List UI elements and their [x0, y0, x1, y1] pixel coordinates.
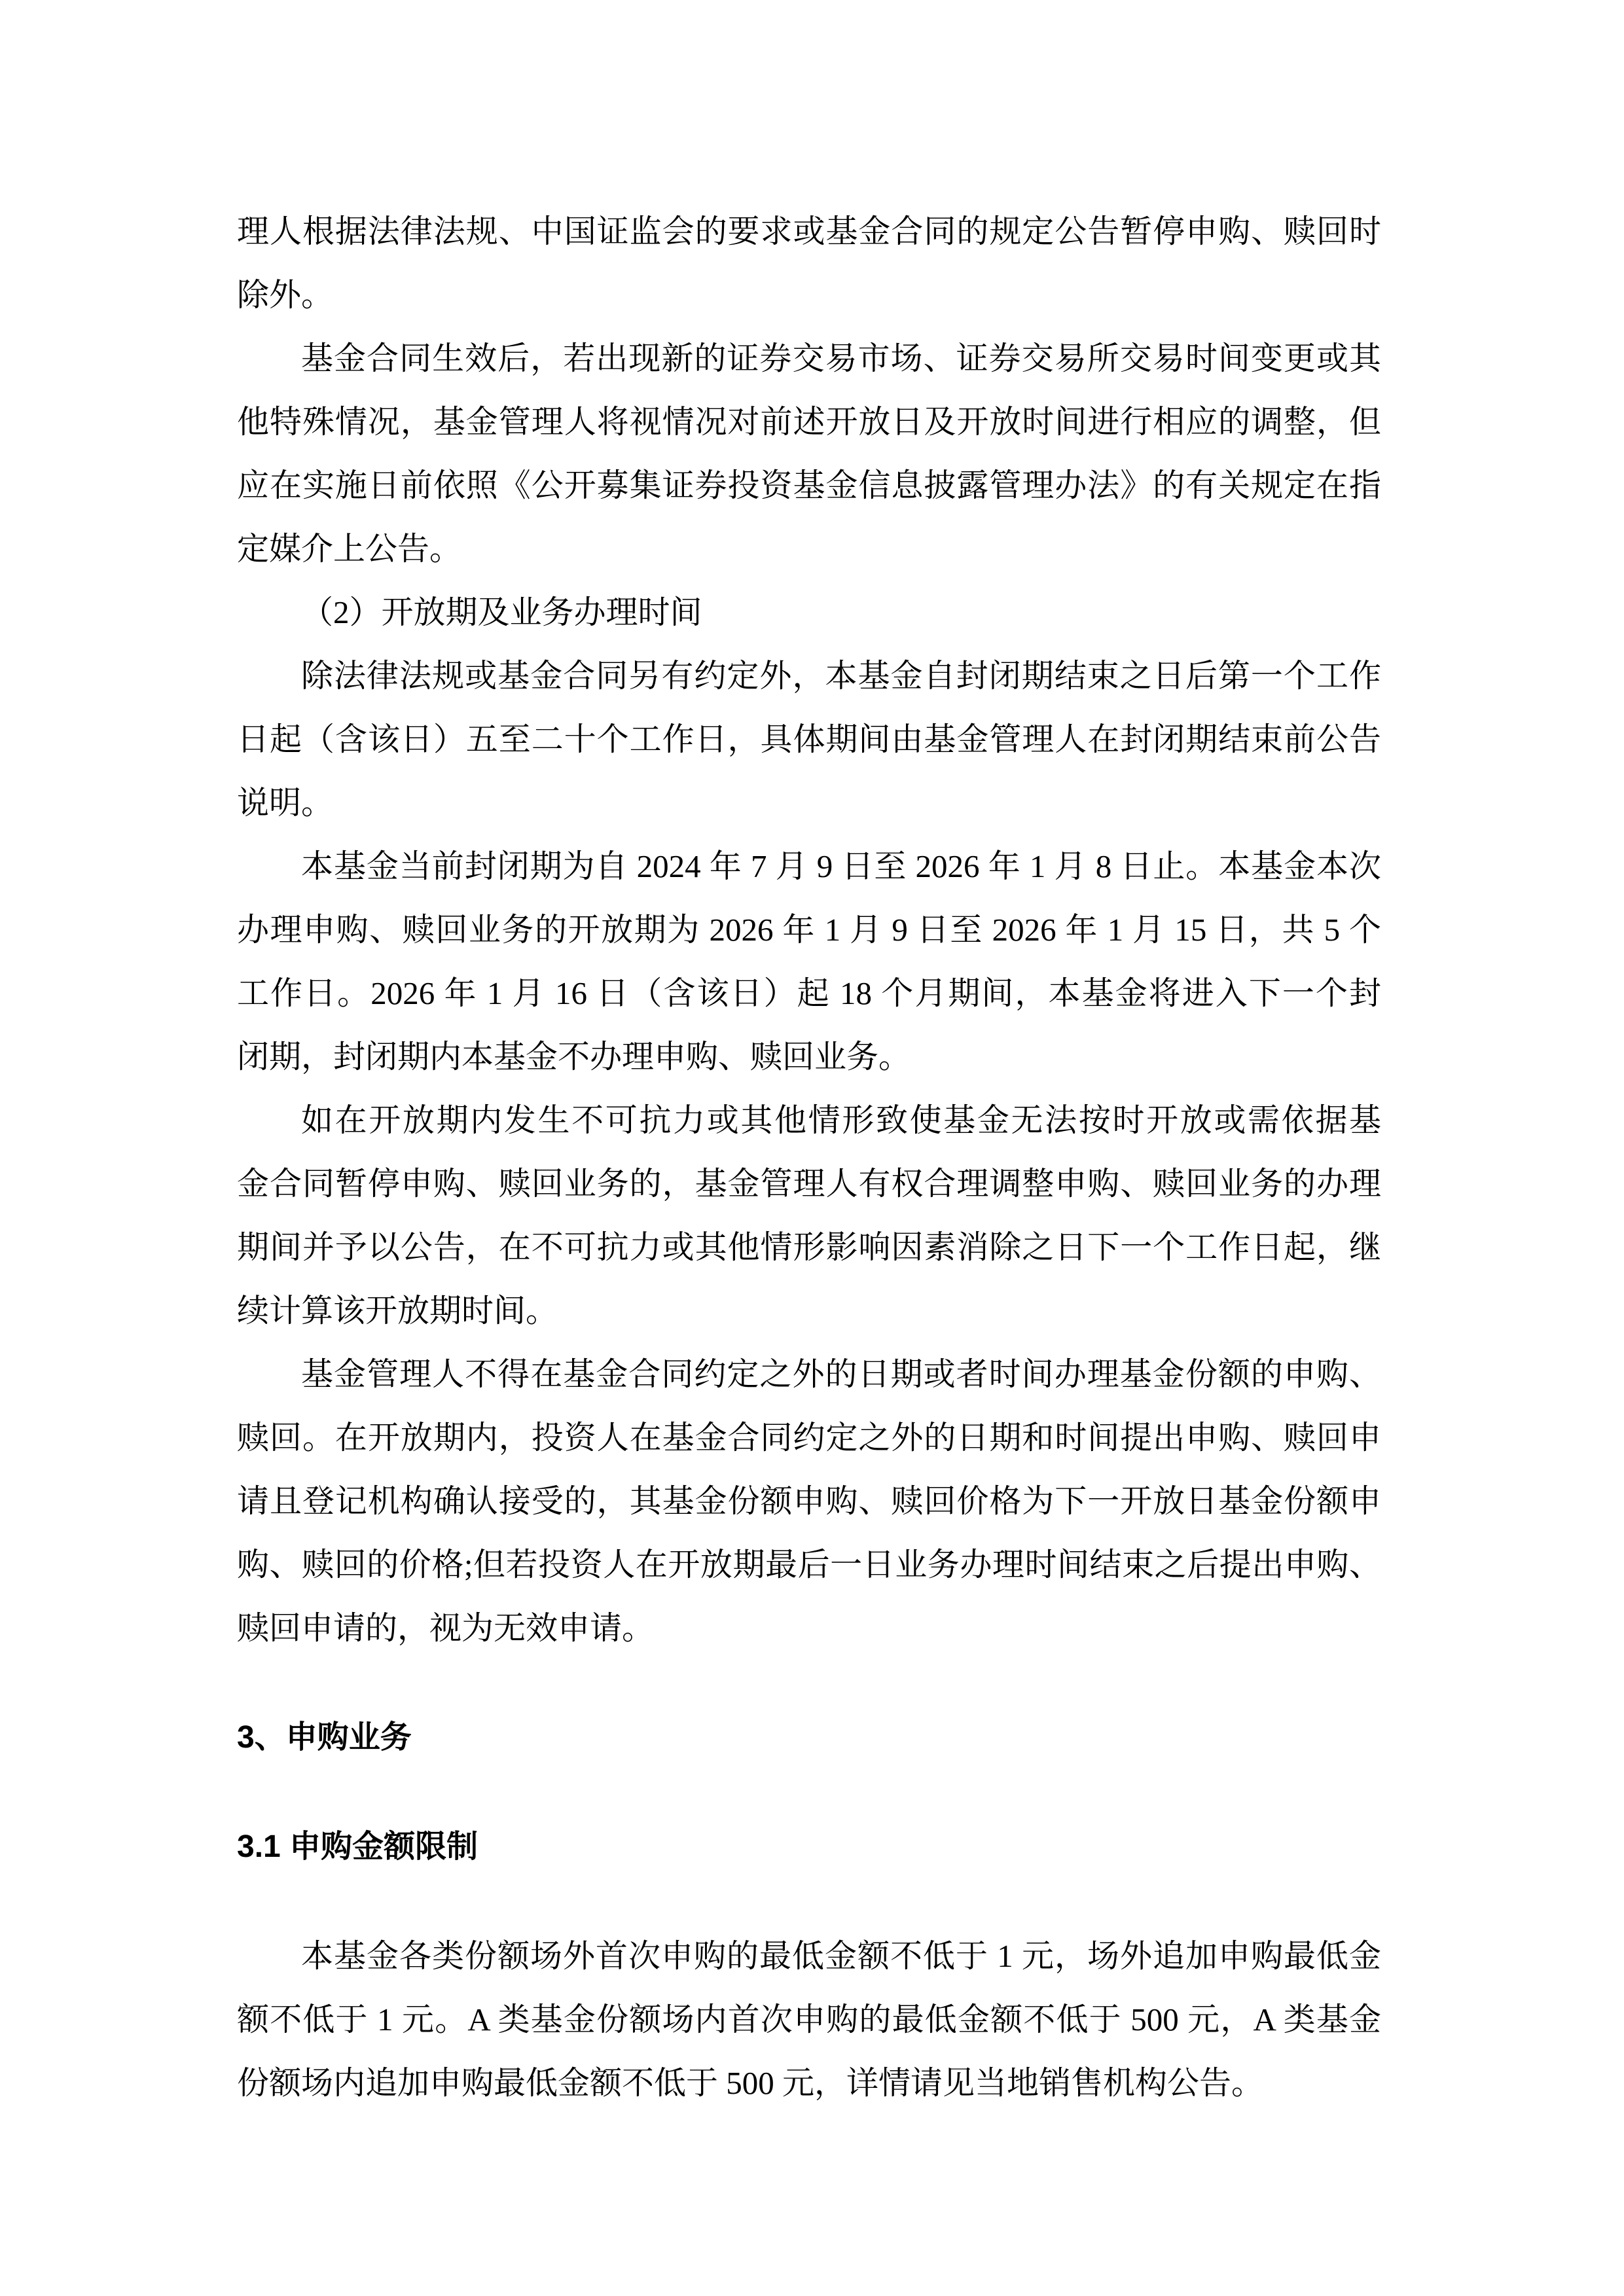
- paragraph: 除法律法规或基金合同另有约定外，本基金自封闭期结束之日后第一个工作日起（含该日）…: [237, 644, 1381, 834]
- section-heading: 3、申购业务: [237, 1706, 1381, 1769]
- paragraph: （2）开放期及业务办理时间: [237, 581, 1381, 644]
- text-line: 工作日。2026 年 1 月 16 日（含该日）起 18 个月期间，本基金将进入…: [237, 961, 1381, 1025]
- paragraph: 基金合同生效后，若出现新的证券交易市场、证券交易所交易时间变更或其他特殊情况，基…: [237, 327, 1381, 581]
- text-line: 赎回。在开放期内，投资人在基金合同约定之外的日期和时间提出申购、赎回申: [237, 1406, 1381, 1469]
- text-line: 本基金当前封闭期为自 2024 年 7 月 9 日至 2026 年 1 月 8 …: [237, 834, 1381, 898]
- text-line: 购、赎回的价格;但若投资人在开放期最后一日业务办理时间结束之后提出申购、: [237, 1533, 1381, 1596]
- heading-text: 3、申购业务: [237, 1706, 1381, 1769]
- text-line: 本基金各类份额场外首次申购的最低金额不低于 1 元，场外追加申购最低金: [237, 1924, 1381, 1988]
- paragraph: 本基金当前封闭期为自 2024 年 7 月 9 日至 2026 年 1 月 8 …: [237, 834, 1381, 1088]
- text-line: 份额场内追加申购最低金额不低于 500 元，详情请见当地销售机构公告。: [237, 2051, 1381, 2115]
- text-line: 请且登记机构确认接受的，其基金份额申购、赎回价格为下一开放日基金份额申: [237, 1469, 1381, 1533]
- text-line: 除外。: [237, 263, 1381, 327]
- paragraph: 本基金各类份额场外首次申购的最低金额不低于 1 元，场外追加申购最低金额不低于 …: [237, 1924, 1381, 2115]
- text-line: 定媒介上公告。: [237, 517, 1381, 581]
- document-page: 理人根据法律法规、中国证监会的要求或基金合同的规定公告暂停申购、赎回时除外。基金…: [0, 0, 1624, 2296]
- paragraph: 理人根据法律法规、中国证监会的要求或基金合同的规定公告暂停申购、赎回时除外。: [237, 200, 1381, 327]
- text-line: 日起（含该日）五至二十个工作日，具体期间由基金管理人在封闭期结束前公告: [237, 708, 1381, 771]
- paragraph: 基金管理人不得在基金合同约定之外的日期或者时间办理基金份额的申购、赎回。在开放期…: [237, 1342, 1381, 1660]
- heading-text: 3.1 申购金额限制: [237, 1815, 1381, 1878]
- text-line: 说明。: [237, 771, 1381, 834]
- paragraph: 如在开放期内发生不可抗力或其他情形致使基金无法按时开放或需依据基金合同暂停申购、…: [237, 1088, 1381, 1342]
- document-body: 理人根据法律法规、中国证监会的要求或基金合同的规定公告暂停申购、赎回时除外。基金…: [237, 200, 1381, 2115]
- text-line: 理人根据法律法规、中国证监会的要求或基金合同的规定公告暂停申购、赎回时: [237, 200, 1381, 263]
- text-line: 基金合同生效后，若出现新的证券交易市场、证券交易所交易时间变更或其: [237, 327, 1381, 390]
- text-line: 额不低于 1 元。A 类基金份额场内首次申购的最低金额不低于 500 元，A 类…: [237, 1988, 1381, 2051]
- text-line: 闭期，封闭期内本基金不办理申购、赎回业务。: [237, 1025, 1381, 1088]
- text-line: 他特殊情况，基金管理人将视情况对前述开放日及开放时间进行相应的调整，但: [237, 390, 1381, 454]
- text-line: 续计算该开放期时间。: [237, 1279, 1381, 1342]
- text-line: 金合同暂停申购、赎回业务的，基金管理人有权合理调整申购、赎回业务的办理: [237, 1152, 1381, 1215]
- subsection-heading: 3.1 申购金额限制: [237, 1815, 1381, 1878]
- text-line: 办理申购、赎回业务的开放期为 2026 年 1 月 9 日至 2026 年 1 …: [237, 898, 1381, 961]
- text-line: 基金管理人不得在基金合同约定之外的日期或者时间办理基金份额的申购、: [237, 1342, 1381, 1406]
- text-line: 应在实施日前依照《公开募集证券投资基金信息披露管理办法》的有关规定在指: [237, 454, 1381, 517]
- text-line: 除法律法规或基金合同另有约定外，本基金自封闭期结束之日后第一个工作: [237, 644, 1381, 708]
- text-line: 如在开放期内发生不可抗力或其他情形致使基金无法按时开放或需依据基: [237, 1088, 1381, 1152]
- text-line: 期间并予以公告，在不可抗力或其他情形影响因素消除之日下一个工作日起，继: [237, 1215, 1381, 1279]
- text-line: （2）开放期及业务办理时间: [237, 581, 1381, 644]
- text-line: 赎回申请的，视为无效申请。: [237, 1596, 1381, 1660]
